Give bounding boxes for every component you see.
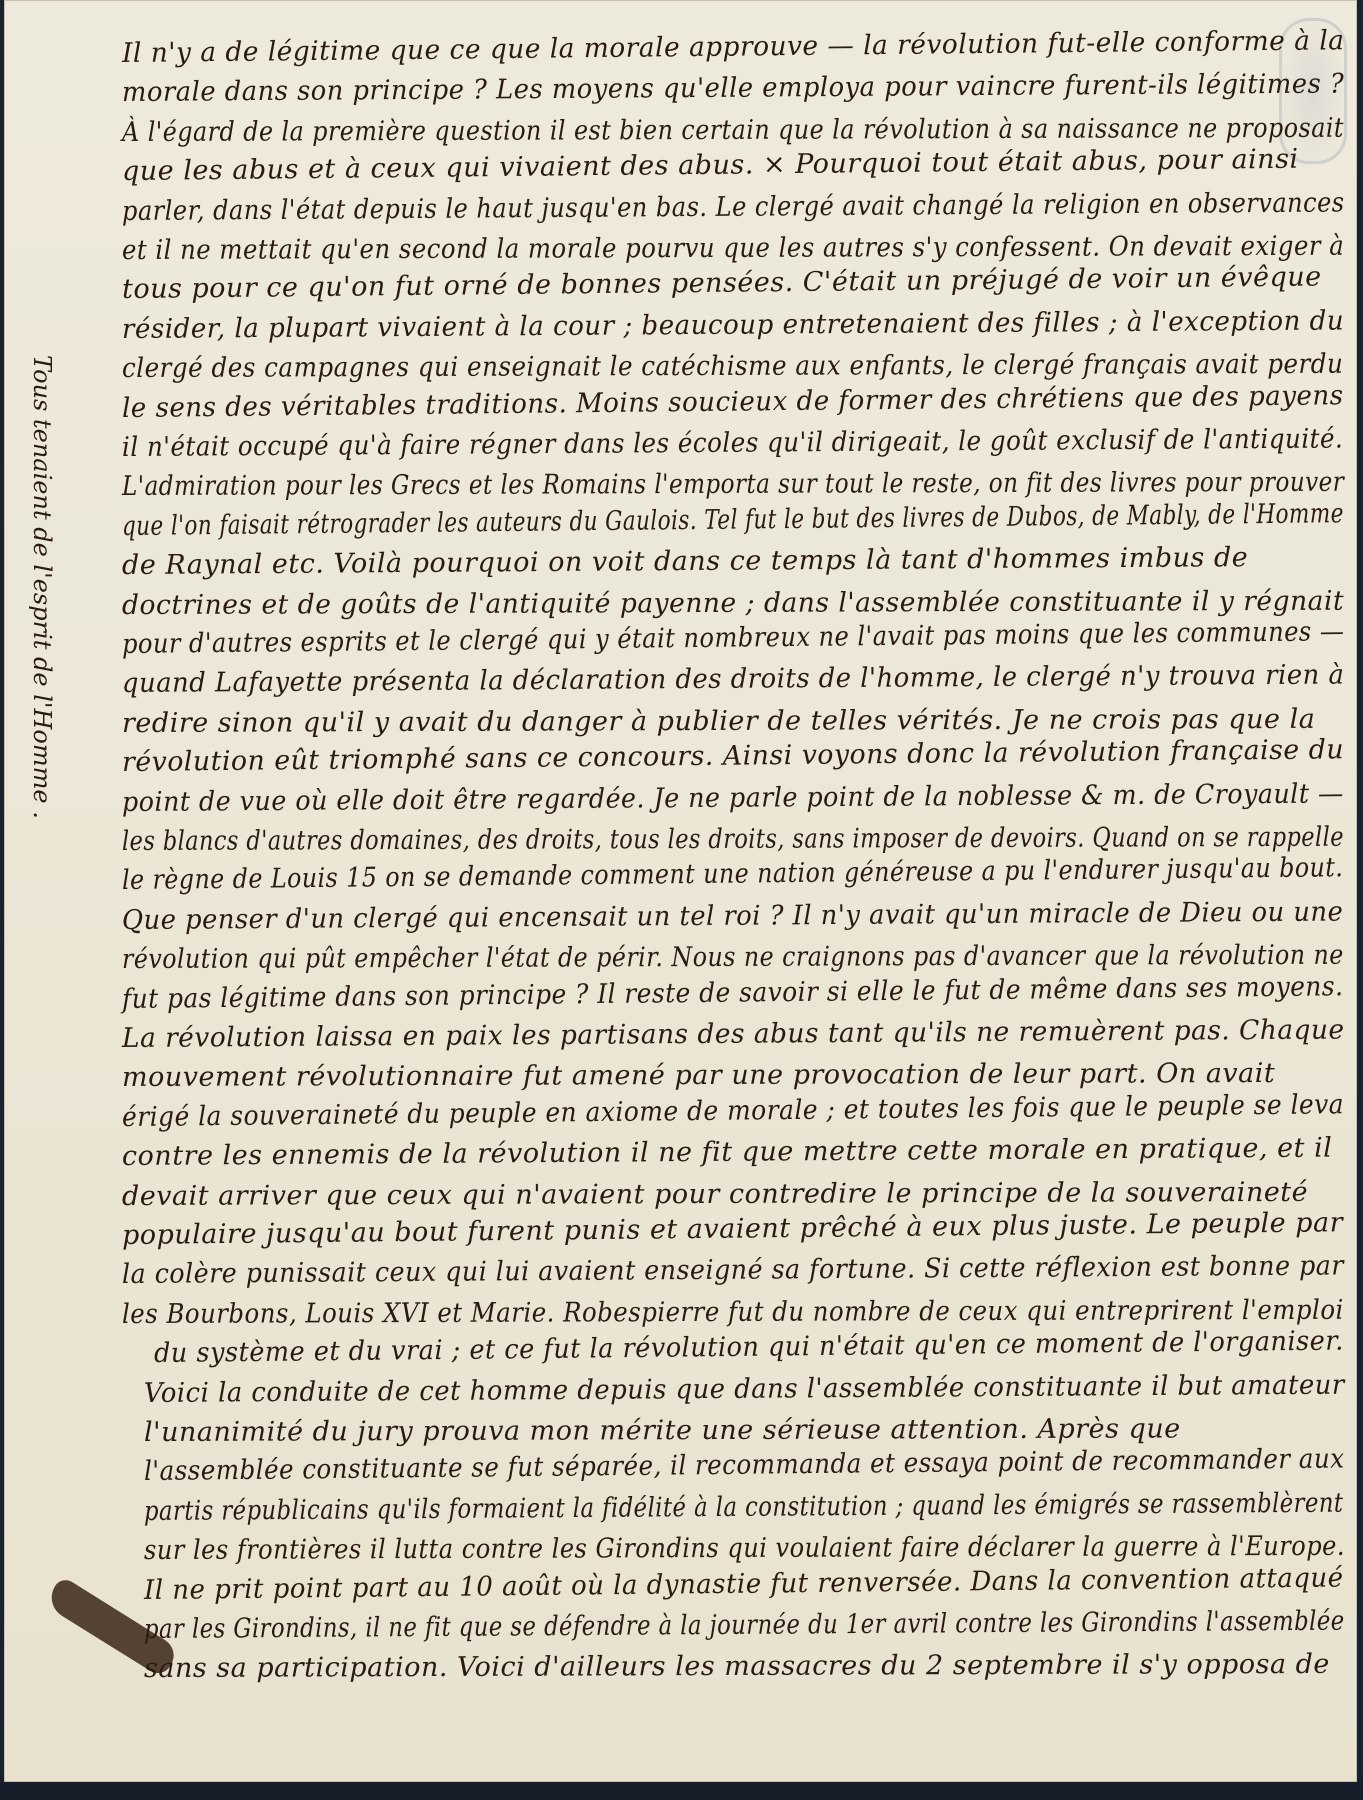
manuscript-line: les Bourbons, Louis XVI et Marie. Robesp…	[122, 1295, 1344, 1330]
manuscript-line: par les Girondins, il ne fit que se défe…	[144, 1606, 1345, 1645]
manuscript-line: pour d'autres esprits et le clergé qui y…	[122, 616, 1345, 660]
manuscript-line: clergé des campagnes qui enseignait le c…	[122, 349, 1343, 384]
manuscript-line: du système et du vrai ; et ce fut la rév…	[154, 1326, 1344, 1369]
manuscript-line: Il ne prit point part au 10 août où la d…	[144, 1562, 1344, 1606]
manuscript-page: Tous tenaient de l'esprit de l'Homme . I…	[4, 0, 1357, 1782]
manuscript-line: que l'on faisait rétrograder les auteurs…	[122, 498, 1344, 542]
manuscript-line: révolution eût triomphé sans ce concours…	[122, 734, 1344, 778]
manuscript-line: le sens des véritables traditions. Moins…	[122, 380, 1344, 424]
manuscript-line: l'unanimité du jury prouva mon mérite un…	[144, 1413, 1181, 1448]
manuscript-line: sans sa participation. Voici d'ailleurs …	[144, 1649, 1330, 1684]
manuscript-line: quand Lafayette présenta la déclaration …	[122, 660, 1345, 700]
manuscript-line: contre les ennemis de la révolution il n…	[122, 1133, 1333, 1172]
manuscript-line: de Raynal etc. Voilà pourquoi on voit da…	[122, 542, 1248, 581]
manuscript-line: L'admiration pour les Grecs et les Romai…	[122, 467, 1344, 502]
manuscript-line: la colère punissait ceux qui lui avaient…	[122, 1251, 1344, 1291]
manuscript-line: tous pour ce qu'on fut orné de bonnes pe…	[122, 262, 1322, 306]
manuscript-line: le règne de Louis 15 on se demande comme…	[122, 853, 1344, 897]
manuscript-line: parler, dans l'état depuis le haut jusqu…	[122, 187, 1345, 227]
manuscript-line: À l'égard de la première question il est…	[122, 113, 1344, 148]
manuscript-line: Voici la conduite de cet homme depuis qu…	[144, 1369, 1345, 1408]
manuscript-line: sur les frontières il lutta contre les G…	[144, 1531, 1345, 1566]
manuscript-line: point de vue où elle doit être regardée.…	[122, 778, 1344, 818]
manuscript-line: révolution qui pût empêcher l'état de pé…	[122, 940, 1344, 975]
manuscript-line: Que penser d'un clergé qui encensait un …	[122, 896, 1343, 936]
manuscript-line: Il n'y a de légitime que ce que la moral…	[122, 25, 1345, 69]
manuscript-line: mouvement révolutionnaire fut amené par …	[122, 1058, 1275, 1093]
manuscript-line: morale dans son principe ? Les moyens qu…	[122, 69, 1344, 109]
manuscript-line: résider, la plupart vivaient à la cour ;…	[122, 305, 1344, 345]
manuscript-line: l'assemblée constituante se fut séparée,…	[144, 1444, 1345, 1488]
manuscript-line: que les abus et à ceux qui vivaient des …	[122, 144, 1299, 187]
background-edge	[0, 1782, 1363, 1800]
manuscript-line: il n'était occupé qu'à faire régner dans…	[122, 423, 1343, 463]
margin-note: Tous tenaient de l'esprit de l'Homme .	[28, 355, 56, 819]
manuscript-line: partis républicains qu'ils formaient la …	[144, 1487, 1344, 1526]
manuscript-line: fut pas légitime dans son principe ? Il …	[122, 971, 1344, 1015]
manuscript-line: populaire jusqu'au bout furent punis et …	[122, 1207, 1343, 1251]
manuscript-line: redire sinon qu'il y avait du danger à p…	[122, 704, 1315, 739]
manuscript-line: érigé la souveraineté du peuple en axiom…	[122, 1089, 1344, 1133]
manuscript-line: les blancs d'autres domaines, des droits…	[122, 822, 1344, 857]
manuscript-line: doctrines et de goûts de l'antiquité pay…	[122, 585, 1344, 620]
manuscript-line: devait arriver que ceux qui n'avaient po…	[122, 1176, 1308, 1211]
manuscript-line: et il ne mettait qu'en second la morale …	[122, 231, 1344, 266]
manuscript-line: La révolution laissa en paix les partisa…	[122, 1014, 1345, 1054]
